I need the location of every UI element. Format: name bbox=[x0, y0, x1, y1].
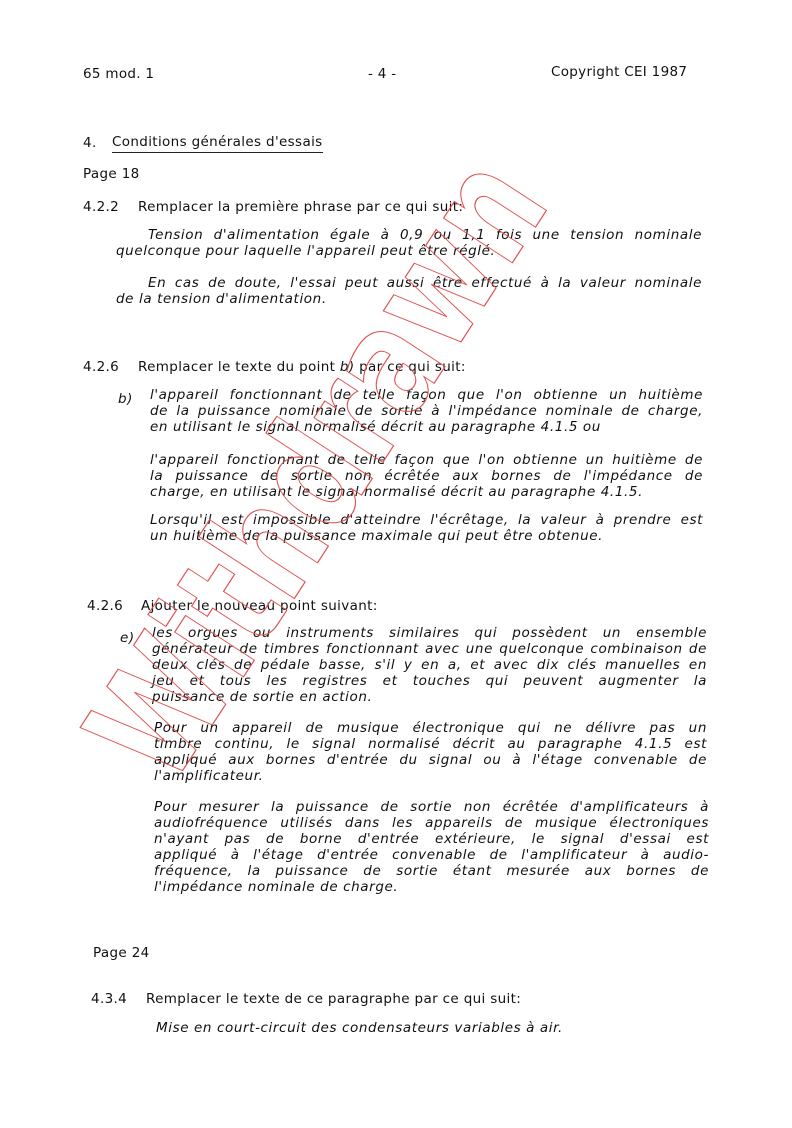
text-line: n'ayant pas de borne d'entrée extérieure… bbox=[154, 831, 709, 847]
clause-number-4-2-6-e: 4.2.6 bbox=[87, 598, 123, 614]
clause-4-2-6-b-paragraph-1: l'appareil fonctionnant de telle façon q… bbox=[150, 387, 703, 435]
clause-4-2-6-e-paragraph-3: Pour mesurer la puissance de sortie non … bbox=[154, 799, 709, 895]
text-line: de la puissance nominale de sortie à l'i… bbox=[150, 403, 703, 419]
text-line: quelconque pour laquelle l'appareil peut… bbox=[116, 243, 702, 259]
text-line: puissance de sortie en action. bbox=[152, 689, 707, 705]
clause-4-2-2-paragraph-1: Tension d'alimentation égale à 0,9 ou 1,… bbox=[116, 227, 702, 259]
clause-4-2-6-e-paragraph-1: les orgues ou instruments similaires qui… bbox=[152, 625, 707, 705]
text-line: l'impédance nominale de charge. bbox=[154, 879, 709, 895]
clause-4-2-2-paragraph-2: En cas de doute, l'essai peut aussi être… bbox=[116, 275, 702, 307]
clause-number-4-3-4: 4.3.4 bbox=[91, 991, 127, 1007]
instruction-text: Remplacer le texte du point bbox=[138, 359, 340, 375]
clause-number-4-2-2: 4.2.2 bbox=[83, 199, 119, 215]
item-label-b: b) bbox=[118, 391, 133, 407]
section-title: Conditions générales d'essais bbox=[112, 134, 323, 153]
clause-4-2-6-e-paragraph-2: Pour un appareil de musique électronique… bbox=[154, 720, 707, 784]
text-line: fréquence, la puissance de sortie étant … bbox=[154, 863, 709, 879]
text-line: jeu et tous les registres et touches qui… bbox=[152, 673, 707, 689]
clause-instruction-4-2-6-b: Remplacer le texte du point b) par ce qu… bbox=[138, 359, 466, 375]
clause-4-2-6-b-paragraph-3: Lorsqu'il est impossible d'atteindre l'é… bbox=[150, 512, 703, 544]
item-label-e: e) bbox=[120, 630, 135, 646]
text-line: un huitième de la puissance maximale qui… bbox=[150, 528, 703, 544]
text-line: appliqué à l'étage d'entrée convenable d… bbox=[154, 847, 709, 863]
clause-instruction-4-3-4: Remplacer le texte de ce paragraphe par … bbox=[146, 991, 521, 1007]
clause-number-4-2-6-b: 4.2.6 bbox=[83, 359, 119, 375]
clause-instruction-4-2-6-e: Ajouter le nouveau point suivant: bbox=[141, 598, 378, 614]
instruction-text: par ce qui suit: bbox=[354, 359, 465, 375]
clause-4-3-4-paragraph-1: Mise en court-circuit des condensateurs … bbox=[156, 1020, 563, 1036]
text-line: audiofréquence utilisés dans les apparei… bbox=[154, 815, 709, 831]
text-line: la puissance de sortie non écrêtée aux b… bbox=[150, 468, 703, 484]
text-line: charge, en utilisant le signal normalisé… bbox=[150, 484, 703, 500]
text-line: les orgues ou instruments similaires qui… bbox=[152, 625, 707, 641]
text-line: de la tension d'alimentation. bbox=[116, 291, 702, 307]
text-line: appliqué aux bornes d'entrée du signal o… bbox=[154, 752, 707, 768]
text-line: l'amplificateur. bbox=[154, 768, 707, 784]
page-reference-24: Page 24 bbox=[93, 945, 150, 961]
copyright-notice: Copyright CEI 1987 bbox=[551, 64, 687, 80]
item-reference: b) bbox=[340, 359, 355, 375]
text-line: Pour mesurer la puissance de sortie non … bbox=[154, 799, 709, 815]
text-line: en utilisant le signal normalisé décrit … bbox=[150, 419, 703, 435]
text-line: deux clés de pédale basse, s'il y en a, … bbox=[152, 657, 707, 673]
text-line: Tension d'alimentation égale à 0,9 ou 1,… bbox=[116, 227, 702, 243]
document-reference: 65 mod. 1 bbox=[83, 66, 154, 82]
text-line: Pour un appareil de musique électronique… bbox=[154, 720, 707, 736]
text-line: générateur de timbres fonctionnant avec … bbox=[152, 641, 707, 657]
page-reference-18: Page 18 bbox=[83, 166, 140, 182]
text-line: En cas de doute, l'essai peut aussi être… bbox=[116, 275, 702, 291]
section-number: 4. bbox=[83, 135, 97, 151]
text-line: l'appareil fonctionnant de telle façon q… bbox=[150, 452, 703, 468]
text-line: l'appareil fonctionnant de telle façon q… bbox=[150, 387, 703, 403]
clause-instruction-4-2-2: Remplacer la première phrase par ce qui … bbox=[138, 199, 463, 215]
text-line: Lorsqu'il est impossible d'atteindre l'é… bbox=[150, 512, 703, 528]
page-number: - 4 - bbox=[368, 66, 396, 82]
clause-4-2-6-b-paragraph-2: l'appareil fonctionnant de telle façon q… bbox=[150, 452, 703, 500]
text-line: timbre continu, le signal normalisé décr… bbox=[154, 736, 707, 752]
